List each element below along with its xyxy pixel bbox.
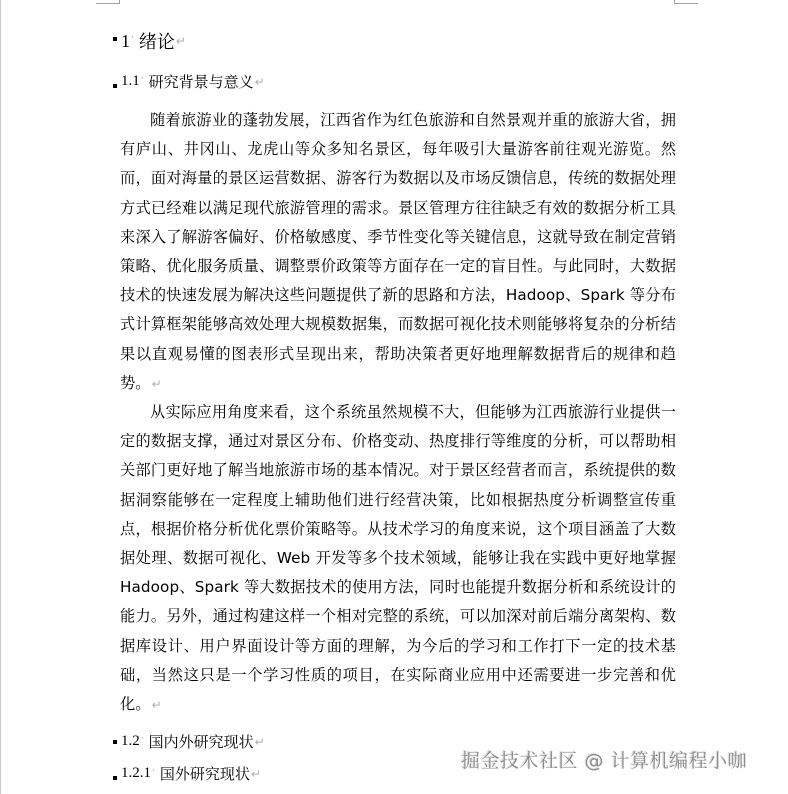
paragraph-mark-icon: ↵ — [255, 735, 265, 749]
heading-1-2-research-status: 1.2 · 国内外研究现状 ↵ — [113, 731, 265, 752]
body-paragraph-1: 随着旅游业的蓬勃发展，江西省作为红色旅游和自然景观并重的旅游大省，拥有庐山、井冈… — [120, 106, 676, 399]
watermark: 掘金技术社区 @ 计算机编程小咖 — [461, 746, 747, 773]
number-separator: · — [141, 74, 144, 84]
heading-number: 1.2.1 — [121, 765, 151, 782]
heading-1-1-background: 1.1 · 研究背景与意义 ↵ — [113, 71, 265, 92]
number-separator: · — [152, 766, 155, 776]
bullet-square-icon — [113, 740, 117, 744]
bullet-square-icon — [113, 776, 117, 780]
number-separator: · — [141, 734, 144, 744]
paragraph-text: 从实际应用角度来看，这个系统虽然规模不大，但能够为江西旅游行业提供一定的数据支撑… — [120, 403, 676, 713]
number-separator: · — [131, 33, 134, 43]
heading-1-introduction: 1 · 绪论 ↵ — [113, 28, 186, 54]
heading-1-2-1-foreign-status: 1.2.1 · 国外研究现状 ↵ — [113, 763, 261, 784]
paragraph-text: 随着旅游业的蓬勃发展，江西省作为红色旅游和自然景观并重的旅游大省，拥有庐山、井冈… — [120, 111, 676, 392]
paragraph-mark-icon: ↵ — [176, 34, 186, 48]
paragraph-mark-icon: ↵ — [152, 377, 162, 391]
body-paragraph-2: 从实际应用角度来看，这个系统虽然规模不大，但能够为江西旅游行业提供一定的数据支撑… — [120, 398, 676, 720]
bullet-square-icon — [113, 84, 117, 88]
bullet-square-icon — [113, 37, 117, 41]
heading-number: 1 — [121, 31, 130, 52]
heading-number: 1.1 — [121, 73, 140, 90]
crop-mark-top-left — [96, 0, 120, 4]
paragraph-mark-icon: ↵ — [251, 767, 261, 781]
heading-number: 1.2 — [121, 733, 140, 750]
heading-title: 绪论 — [139, 28, 175, 54]
paragraph-mark-icon: ↵ — [255, 75, 265, 89]
heading-title: 国内外研究现状 — [149, 731, 254, 752]
heading-title: 国外研究现状 — [160, 763, 250, 784]
page-left-edge — [0, 0, 1, 794]
paragraph-mark-icon: ↵ — [152, 698, 162, 712]
crop-mark-top-right — [674, 0, 698, 4]
heading-title: 研究背景与意义 — [149, 71, 254, 92]
